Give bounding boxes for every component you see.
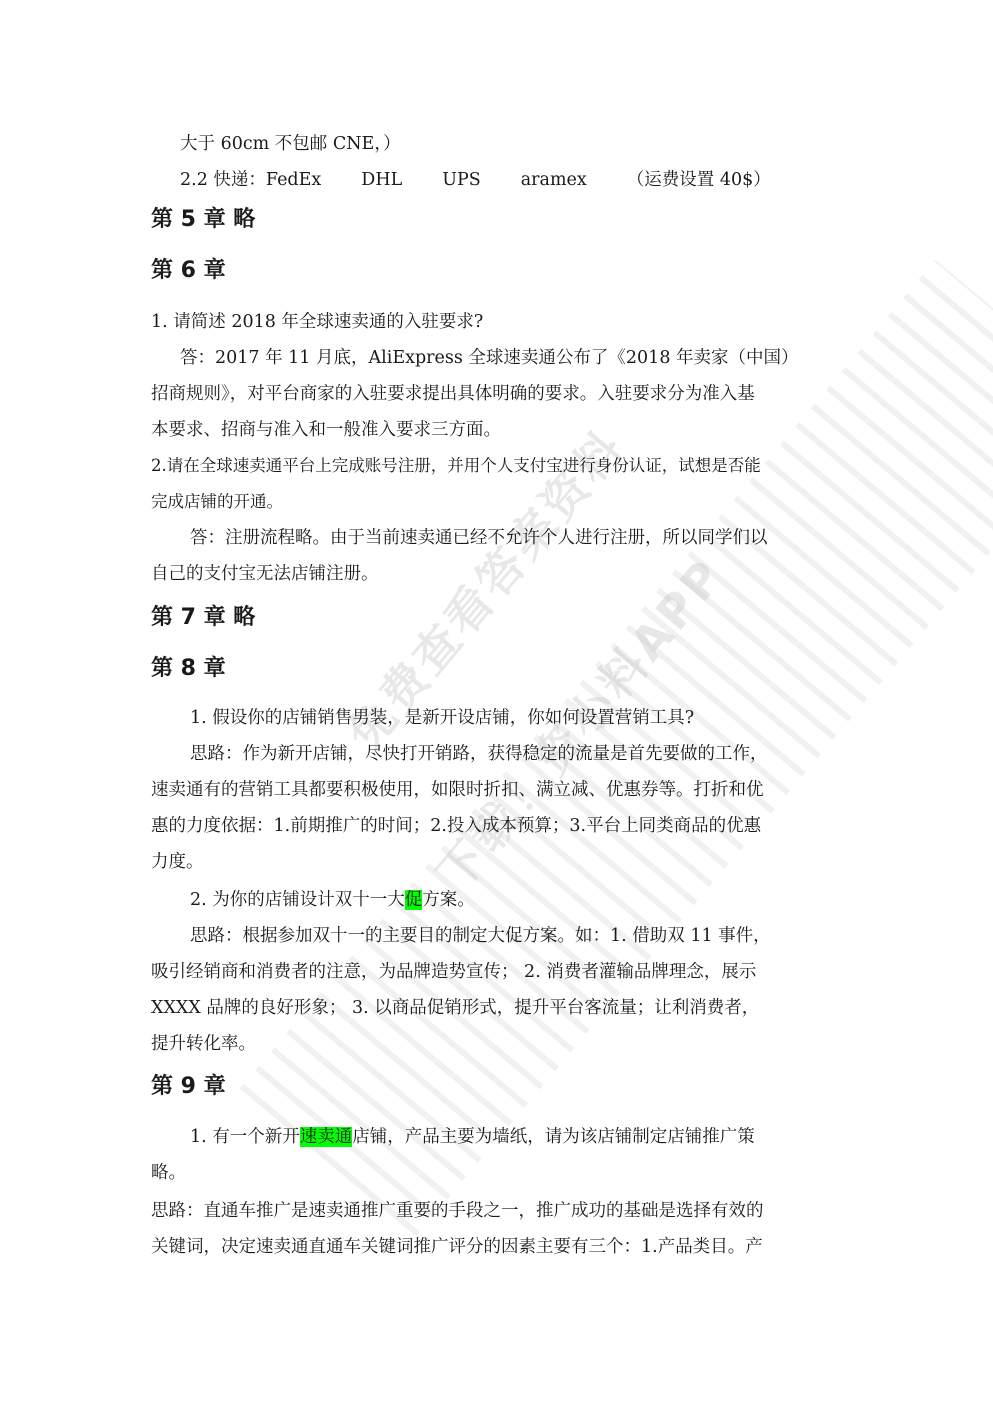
chapter-7-heading: 第 7 章 略 bbox=[151, 600, 255, 636]
ch8-answer-2-line-4: 提升转化率。 bbox=[151, 1026, 256, 1062]
ch8-answer-1-line-4: 力度。 bbox=[151, 844, 204, 880]
ch6-question-1: 1. 请简述 2018 年全球速卖通的入驻要求? bbox=[151, 304, 483, 340]
ch8-question-2-text: 2. 为你的店铺设计双十一大 bbox=[190, 890, 405, 910]
ch8-answer-2-line-1: 思路：根据参加双十一的主要目的制定大促方案。如：1. 借助双 11 事件， bbox=[190, 918, 771, 954]
ch9-question-1: 1. 有一个新开速卖通店铺，产品主要为墙纸，请为该店铺制定店铺推广策 bbox=[190, 1119, 755, 1155]
ch6-answer-1-line-2: 招商规则》，对平台商家的入驻要求提出具体明确的要求。入驻要求分为准入基 bbox=[151, 376, 755, 412]
chapter-8-heading: 第 8 章 bbox=[151, 651, 226, 687]
ch9-question-1-line-2: 略。 bbox=[151, 1155, 186, 1191]
shipping-fee-note: （运费设置 40$） bbox=[627, 170, 771, 190]
ch6-answer-2-line-1: 答：注册流程略。由于当前速卖通已经不允许个人进行注册，所以同学们以 bbox=[190, 520, 768, 556]
ch6-answer-2-line-2: 自己的支付宝无法店铺注册。 bbox=[151, 556, 379, 592]
shipping-express-line: 2.2 快递：FedExDHLUPSaramex（运费设置 40$） bbox=[180, 162, 771, 198]
chapter-5-heading: 第 5 章 略 bbox=[151, 202, 255, 238]
ch9-answer-1-line-2: 关键词，决定速卖通直通车关键词推广评分的因素主要有三个：1.产品类目。产 bbox=[151, 1229, 763, 1265]
ch8-question-2-text-end: 方案。 bbox=[422, 890, 475, 910]
text-line: 大于 60cm 不包邮 CNE，） bbox=[180, 126, 401, 162]
ch9-question-1-text-end: 店铺，产品主要为墙纸，请为该店铺制定店铺推广策 bbox=[352, 1127, 755, 1147]
highlighted-text: 促 bbox=[405, 890, 423, 910]
ch8-question-1: 1. 假设你的店铺销售男装，是新开设店铺，你如何设置营销工具? bbox=[190, 700, 694, 736]
express-label: 2.2 快递：FedEx bbox=[180, 170, 321, 190]
carrier-aramex: aramex bbox=[521, 170, 587, 190]
ch6-question-2-line-2: 完成店铺的开通。 bbox=[151, 484, 283, 520]
chapter-9-heading: 第 9 章 bbox=[151, 1069, 226, 1105]
ch9-question-1-text: 1. 有一个新开 bbox=[190, 1127, 300, 1147]
ch8-question-2: 2. 为你的店铺设计双十一大促方案。 bbox=[190, 882, 475, 918]
ch9-answer-1-line-1: 思路：直通车推广是速卖通推广重要的手段之一，推广成功的基础是选择有效的 bbox=[151, 1193, 764, 1229]
chapter-6-heading: 第 6 章 bbox=[151, 253, 226, 289]
ch8-answer-1-line-1: 思路：作为新开店铺，尽快打开销路，获得稳定的流量是首先要做的工作， bbox=[190, 736, 768, 772]
ch8-answer-2-line-2: 吸引经销商和消费者的注意，为品牌造势宣传； 2. 消费者灌输品牌理念，展示 bbox=[151, 954, 756, 990]
ch8-answer-1-line-3: 惠的力度依据：1.前期推广的时间；2.投入成本预算；3.平台上同类商品的优惠 bbox=[151, 808, 761, 844]
ch6-question-2-line-1: 2.请在全球速卖通平台上完成账号注册，并用个人支付宝进行身份认证，试想是否能 bbox=[151, 448, 761, 484]
ch8-answer-1-line-2: 速卖通有的营销工具都要积极使用，如限时折扣、满立减、优惠券等。打折和优 bbox=[151, 772, 764, 808]
highlighted-text: 速卖通 bbox=[300, 1127, 353, 1147]
ch6-answer-1-line-1: 答：2017 年 11 月底，AliExpress 全球速卖通公布了《2018 … bbox=[180, 340, 799, 376]
carrier-dhl: DHL bbox=[361, 170, 402, 190]
ch8-answer-2-line-3: XXXX 品牌的良好形象； 3. 以商品促销形式，提升平台客流量；让利消费者， bbox=[151, 990, 759, 1026]
carrier-ups: UPS bbox=[442, 170, 481, 190]
ch6-answer-1-line-3: 本要求、招商与准入和一般准入要求三方面。 bbox=[151, 412, 501, 448]
